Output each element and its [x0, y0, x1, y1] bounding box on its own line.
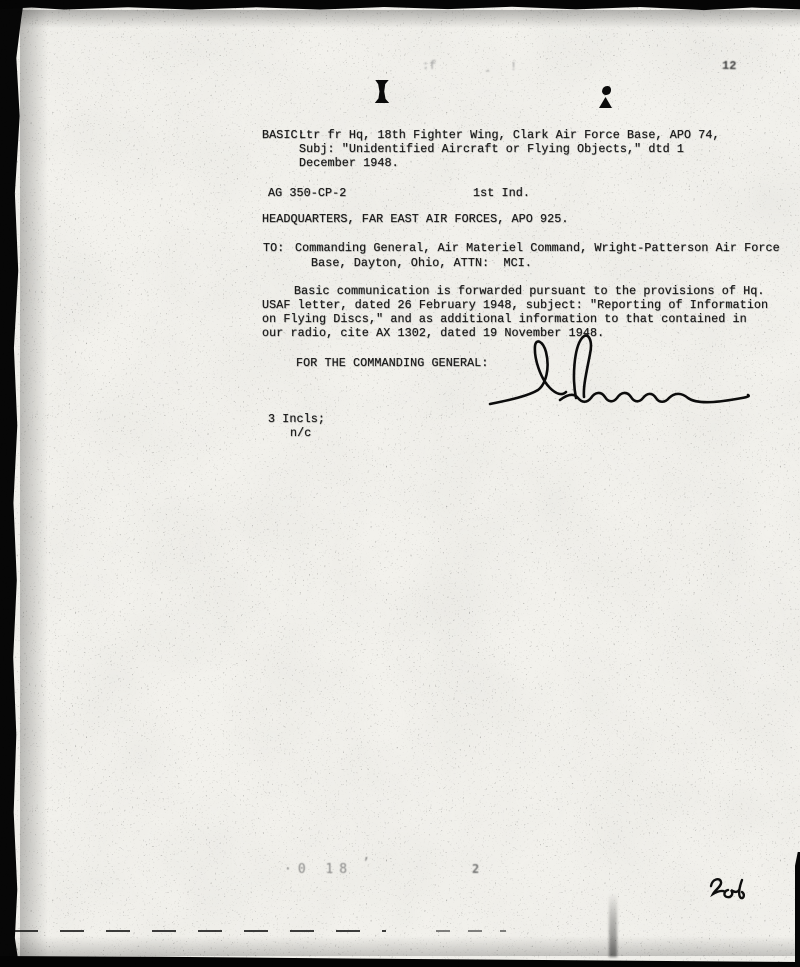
inclosures-count: 3 Incls;	[268, 412, 325, 426]
inclosures-note: n/c	[290, 426, 311, 440]
to-label: TO:	[263, 241, 284, 255]
body-line-4: our radio, cite AX 1302, dated 19 Novemb…	[262, 326, 604, 340]
body-line-3: on Flying Discs," and as additional info…	[262, 312, 747, 326]
basic-line-3: December 1948.	[299, 156, 399, 170]
scanned-document-page: BASIC:Ltr fr Hq, 18th Fighter Wing, Clar…	[0, 0, 800, 967]
left-edge-shading	[20, 0, 48, 967]
page-number-smudge: 12	[722, 59, 737, 73]
body-line-2: USAF letter, dated 26 February 1948, sub…	[262, 298, 768, 312]
headquarters-line: HEADQUARTERS, FAR EAST AIR FORCES, APO 9…	[262, 212, 569, 226]
broken-scan-line-2	[436, 930, 506, 932]
indorsement-number: 1st Ind.	[473, 186, 530, 200]
signature	[480, 330, 760, 415]
ink-blot-dot	[602, 86, 611, 95]
broken-scan-line	[14, 930, 386, 932]
basic-line-2: Subj: "Unidentified Aircraft or Flying O…	[299, 142, 684, 156]
top-edge-shading	[0, 10, 800, 28]
handwritten-note	[705, 870, 750, 902]
ink-blot-triangle	[599, 97, 612, 108]
stamp-tick: ’	[362, 856, 376, 871]
ghost-mark-2: -	[484, 64, 491, 78]
ink-blot-ibeam	[374, 80, 390, 103]
ghost-mark-1: :f	[422, 59, 436, 73]
page-number-bottom: 2	[472, 862, 479, 876]
file-reference: AG 350-CP-2	[268, 186, 346, 200]
basic-line-1: Ltr fr Hq, 18th Fighter Wing, Clark Air …	[299, 128, 720, 142]
right-scan-border	[795, 852, 800, 967]
ghost-mark-3: !	[510, 60, 517, 74]
bottom-edge-shading	[0, 936, 800, 956]
to-line-2: Base, Dayton, Ohio, ATTN: MCI.	[311, 256, 532, 270]
control-number-stamp: ·0 18	[284, 862, 353, 877]
to-line-1: Commanding General, Air Materiel Command…	[295, 241, 780, 255]
closing-line: FOR THE COMMANDING GENERAL:	[296, 356, 489, 370]
body-line-1: Basic communication is forwarded pursuan…	[294, 284, 765, 298]
